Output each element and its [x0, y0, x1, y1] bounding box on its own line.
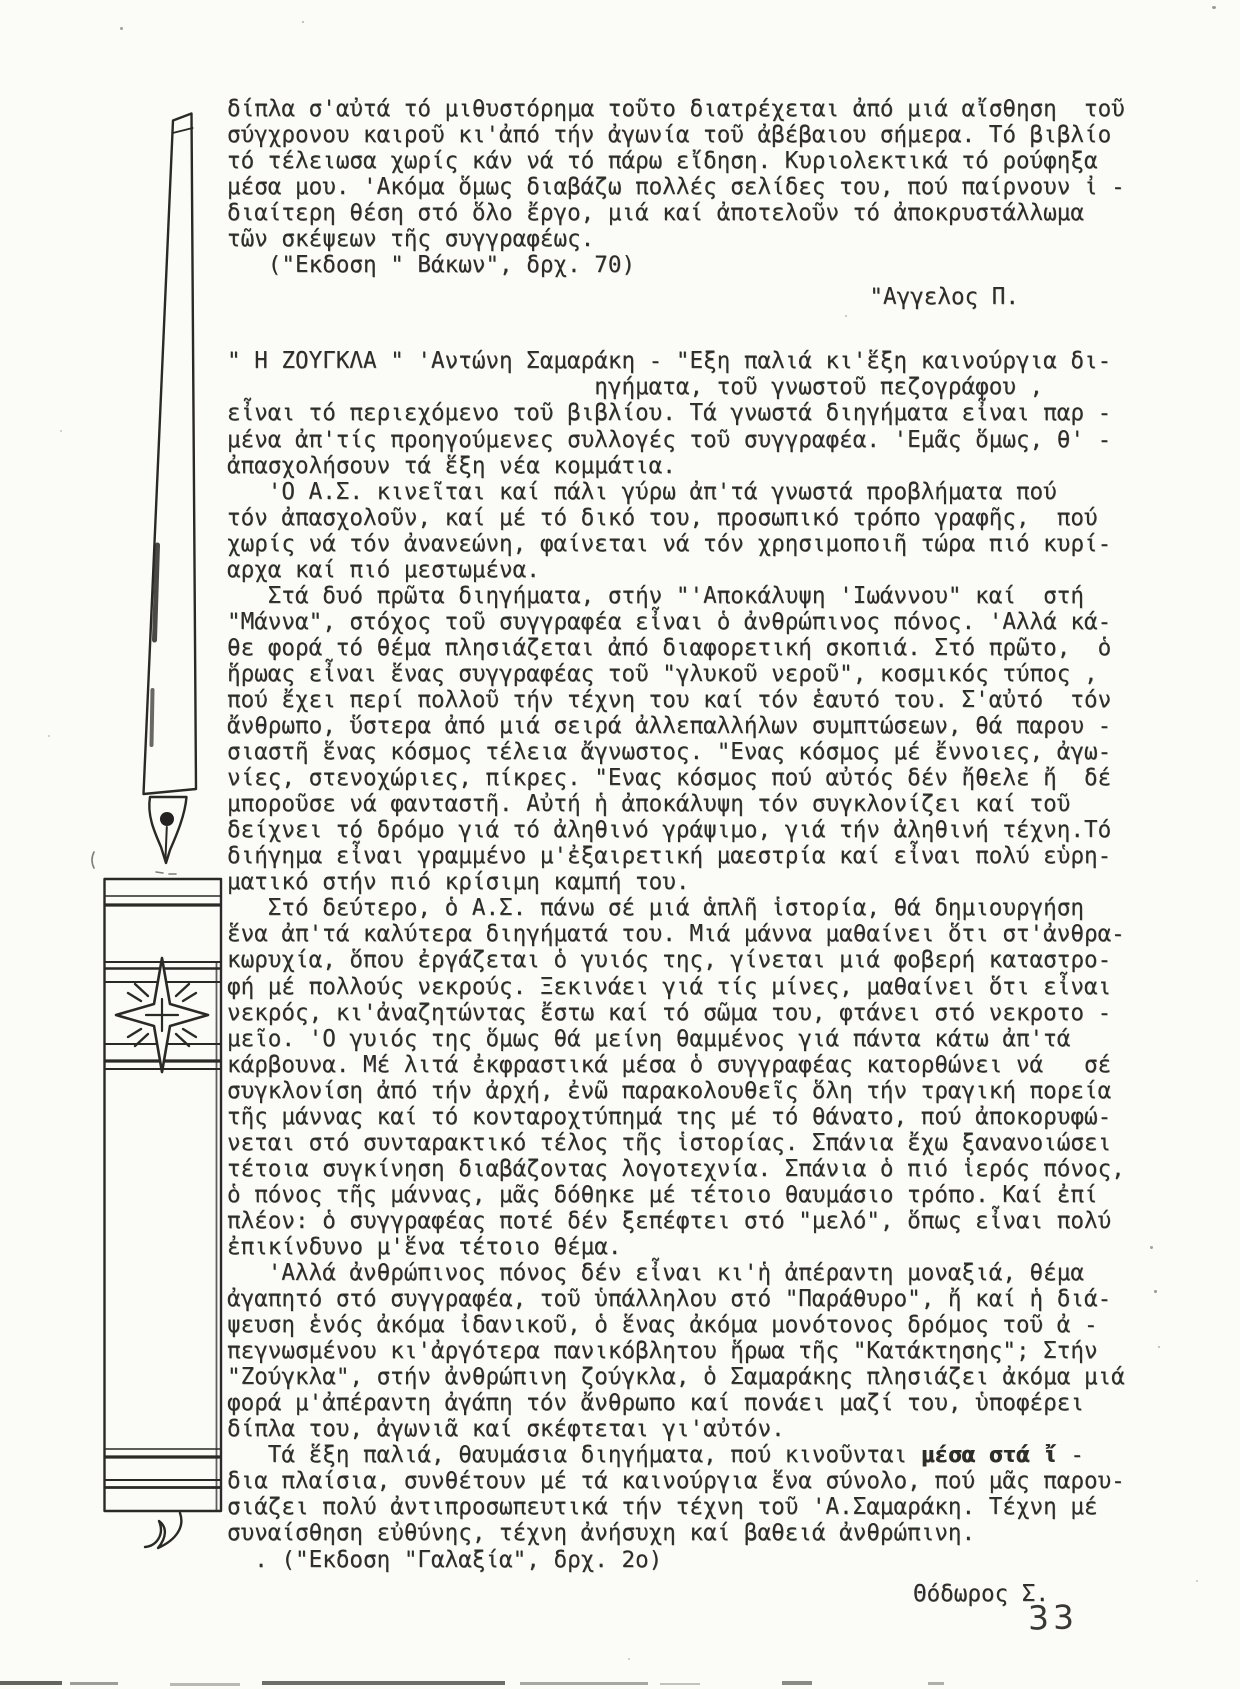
text-line: μέσα μου. 'Ακόμα ὅμως διαβάζω πολλές σελ…: [227, 174, 1167, 200]
paragraph: 'Αλλά ἀνθρώπινος πόνος δέν εἶναι κι'ἡ ἀπ…: [227, 1260, 1167, 1442]
typewritten-text: δίπλα σ'αὐτά τό μιθυστόρημα τοῦτο διατρέ…: [227, 96, 1167, 1607]
text-line: Τά ἕξη παλιά, θαυμάσια διηγήματα, πού κι…: [227, 1442, 1167, 1468]
scan-artifact: [170, 1683, 240, 1686]
paragraph: 'Ο Α.Σ. κινεῖται καί πάλι γύρω ἀπ'τά γνω…: [227, 479, 1167, 583]
paragraph: " Η ΖΟΥΓΚΛΑ " 'Αντώνη Σαμαράκη - "Εξη πα…: [227, 348, 1167, 478]
text-line: " Η ΖΟΥΓΚΛΑ " 'Αντώνη Σαμαράκη - "Εξη πα…: [227, 348, 1167, 374]
text-line: τόν ἀπασχολοῦν, καί μέ τό δικό του, προσ…: [227, 505, 1167, 531]
text-line: δια πλαίσια, συνθέτουν μέ τά καινούργια …: [227, 1468, 1167, 1494]
text-line: νεκρός, κι'ἀναζητώντας ἔστω καί τό σῶμα …: [227, 1000, 1167, 1026]
text-line: ἕνα ἀπ'τά καλύτερα διηγήματά του. Μιά μά…: [227, 921, 1167, 947]
nib-vent-hole: [160, 812, 174, 826]
text-line: ἀγαπητό στό συγγραφέα, τοῦ ὑπάλληλου στό…: [227, 1286, 1167, 1312]
text-line: χωρίς νά τόν ἀνανεώνη, φαίνεται νά τόν χ…: [227, 531, 1167, 557]
text-line: ἀπασχολήσουν τά ἕξη νέα κομμάτια.: [227, 453, 1167, 479]
text-line: ἥρωας εἶναι ἕνας συγγραφέας τοῦ "γλυκοῦ …: [227, 661, 1167, 687]
overstruck-bold-text: μέσα στά ἴ: [921, 1442, 1057, 1468]
pen-nib: [149, 797, 186, 863]
text-line: σιάζει πολύ ἀντιπροσωπευτικά τήν τέχνη τ…: [227, 1494, 1167, 1520]
scan-artifact: [70, 1682, 118, 1685]
review-body: δίπλα σ'αὐτά τό μιθυστόρημα τοῦτο διατρέ…: [227, 96, 1167, 252]
text-line: ἄνθρωπο, ὕστερα ἀπό μιά σειρά ἀλλεπαλλήλ…: [227, 713, 1167, 739]
text-line: 'Αλλά ἀνθρώπινος πόνος δέν εἶναι κι'ἡ ἀπ…: [227, 1260, 1167, 1286]
scan-speck: [60, 430, 62, 432]
text-line: συναίσθηση εὐθύνης, τέχνη ἀνήσυχη καί βα…: [227, 1520, 1167, 1546]
text-line: "Ζούγκλα", στήν ἀνθρώπινη ζούγκλα, ὁ Σαμ…: [227, 1364, 1167, 1390]
text-line: ἐπικίνδυνο μ'ἕνα τέτοιο θέμα.: [227, 1234, 1167, 1260]
text-line: φή μέ πολλούς νεκρούς. Ξεκινάει γιά τίς …: [227, 974, 1167, 1000]
text-line: "Μάννα", στόχος τοῦ συγγραφέα εἶναι ὁ ἀν…: [227, 609, 1167, 635]
text-line: θε φορά τό θέμα πλησιάζεται ἀπό διαφορετ…: [227, 635, 1167, 661]
text-line: συγκλονίση ἀπό τήν ἀρχή, ἐνῶ παρακολουθε…: [227, 1078, 1167, 1104]
dip-pen-icon: [144, 114, 197, 875]
stray-pen-mark: [92, 852, 94, 868]
text-line: μεῖο. 'Ο γυιός της ὅμως θά μείνη θαμμένο…: [227, 1026, 1167, 1052]
text-line: πεγνωσμένου κι'ἀργότερα πανικόβλητου ἥρω…: [227, 1338, 1167, 1364]
review-i-zougla: " Η ΖΟΥΓΚΛΑ " 'Αντώνη Σαμαράκη - "Εξη πα…: [227, 348, 1167, 1606]
nib-slit: [166, 827, 167, 858]
text-line: κάρβουνα. Μέ λιτά ἐκφραστικά μέσα ὁ συγγ…: [227, 1052, 1167, 1078]
text-line: δείχνει τό δρόμο γιά τό ἀληθινό γράψιμο,…: [227, 817, 1167, 843]
scan-artifact: [520, 1682, 648, 1685]
scan-speck: [628, 1658, 630, 1660]
text-line: πού ἔχει περί πολλοῦ τήν τέχνη του καί τ…: [227, 687, 1167, 713]
text-line: σύγχρονου καιροῦ κι'ἀπό τήν ἀγωνία τοῦ ἀ…: [227, 122, 1167, 148]
text-line: Στό δεύτερο, ὁ Α.Σ. πάνω σέ μιά ἁπλῆ ἱστ…: [227, 895, 1167, 921]
scan-speck: [1196, 1580, 1198, 1582]
scan-artifact: [0, 1681, 62, 1685]
review-book-one: δίπλα σ'αὐτά τό μιθυστόρημα τοῦτο διατρέ…: [227, 96, 1167, 310]
text-line: τό τέλειωσα χωρίς κάν νά τό πάρω εἴδηση.…: [227, 148, 1167, 174]
text-line: ηγήματα, τοῦ γνωστοῦ πεζογράφου ,: [227, 374, 1167, 400]
text-line: πλέον: ὁ συγγραφέας ποτέ δέν ξεπέφτει στ…: [227, 1208, 1167, 1234]
text-line: κωρυχία, ὅπου ἐργάζεται ὁ γυιός της, γίν…: [227, 947, 1167, 973]
text-line: 'Ο Α.Σ. κινεῖται καί πάλι γύρω ἀπ'τά γνω…: [227, 479, 1167, 505]
paragraph: Στό δεύτερο, ὁ Α.Σ. πάνω σέ μιά ἁπλῆ ἱστ…: [227, 895, 1167, 1260]
scanned-page: δίπλα σ'αὐτά τό μιθυστόρημα τοῦτο διατρέ…: [0, 0, 1240, 1689]
text-line: δίπλα του, ἀγωνιᾶ καί σκέφτεται γι'αὐτόν…: [227, 1416, 1167, 1442]
scan-speck: [302, 21, 304, 23]
text-line: φορά μ'ἀπέραντη ἀγάπη τόν ἄνθρωπο καί πο…: [227, 1390, 1167, 1416]
text-line: τῶν σκέψεων τῆς συγγραφέως.: [227, 226, 1167, 252]
scan-speck: [120, 27, 123, 30]
text-line: ματικό στήν πιό κρίσιμη καμπή του.: [227, 869, 1167, 895]
edition-line: . ("Εκδοση "Γαλαξία", δρχ. 2ο): [227, 1547, 1167, 1573]
text-line: αρχα καί πιό μεστωμένα.: [227, 557, 1167, 583]
reviewer-signature: Θόδωρος Σ.: [227, 1581, 1167, 1607]
text-line: ψευση ἑνός ἀκόμα ἰδανικοῦ, ὁ ἕνας ἀκόμα …: [227, 1312, 1167, 1338]
text-line: σιαστῆ ἕνας κόσμος τέλεια ἄγνωστος. "Ενα…: [227, 739, 1167, 765]
text-line: μποροῦσε νά φανταστῆ. Αὐτή ἡ ἀποκάλυψη τ…: [227, 791, 1167, 817]
text-line: διήγημα εἶναι γραμμένο μ'ἐξαιρετική μαεσ…: [227, 843, 1167, 869]
text-line: εἶναι τό περιεχόμενο τοῦ βιβλίου. Τά γνω…: [227, 400, 1167, 426]
nib-tip-dashes: [156, 872, 176, 874]
text-line: μένα ἀπ'τίς προηγούμενες συλλογές τοῦ συ…: [227, 427, 1167, 453]
scan-artifact: [262, 1681, 505, 1685]
scan-speck: [1150, 1246, 1153, 1249]
paragraph: Τά ἕξη παλιά, θαυμάσια διηγήματα, πού κι…: [227, 1442, 1167, 1546]
reviewer-signature: "Αγγελος Π.: [227, 284, 1167, 310]
text-line: δίπλα σ'αὐτά τό μιθυστόρημα τοῦτο διατρέ…: [227, 96, 1167, 122]
text-line: Στά δυό πρῶτα διηγήματα, στήν "'Αποκάλυψ…: [227, 583, 1167, 609]
pen-holder-smudge: [155, 545, 158, 640]
text-line: διαίτερη θέση στό ὅλο ἔργο, μιά καί ἀποτ…: [227, 200, 1167, 226]
pen-holder-smudge: [152, 690, 153, 745]
text-line: ὁ πόνος τῆς μάννας, μᾶς δόθηκε μέ τέτοιο…: [227, 1182, 1167, 1208]
text-line: τέτοια συγκίνηση διαβάζοντας λογοτεχνία.…: [227, 1156, 1167, 1182]
scan-speck: [48, 735, 50, 737]
scan-speck: [1212, 6, 1216, 9]
column-illustration: [105, 879, 222, 1548]
text-line: νίες, στενοχώριες, πίκρες. "Ενας κόσμος …: [227, 765, 1167, 791]
scan-artifact: [928, 1682, 944, 1685]
scan-artifact: [782, 1681, 812, 1685]
scan-speck: [845, 315, 847, 317]
page-number: 33: [1027, 1597, 1078, 1637]
edition-line: ("Εκδοση " Βάκων", δρχ. 70): [227, 252, 1167, 278]
text-line: τῆς μάννας καί τό κονταροχτύπημά της μέ …: [227, 1104, 1167, 1130]
text-line: νεται στό συνταρακτικό τέλος τῆς ἱστορία…: [227, 1130, 1167, 1156]
scan-speck: [1158, 1346, 1160, 1348]
flourish: [145, 1513, 181, 1548]
scan-artifact: [660, 1683, 700, 1685]
paragraph: Στά δυό πρῶτα διηγήματα, στήν "'Αποκάλυψ…: [227, 583, 1167, 896]
scan-speck: [1154, 1290, 1157, 1293]
